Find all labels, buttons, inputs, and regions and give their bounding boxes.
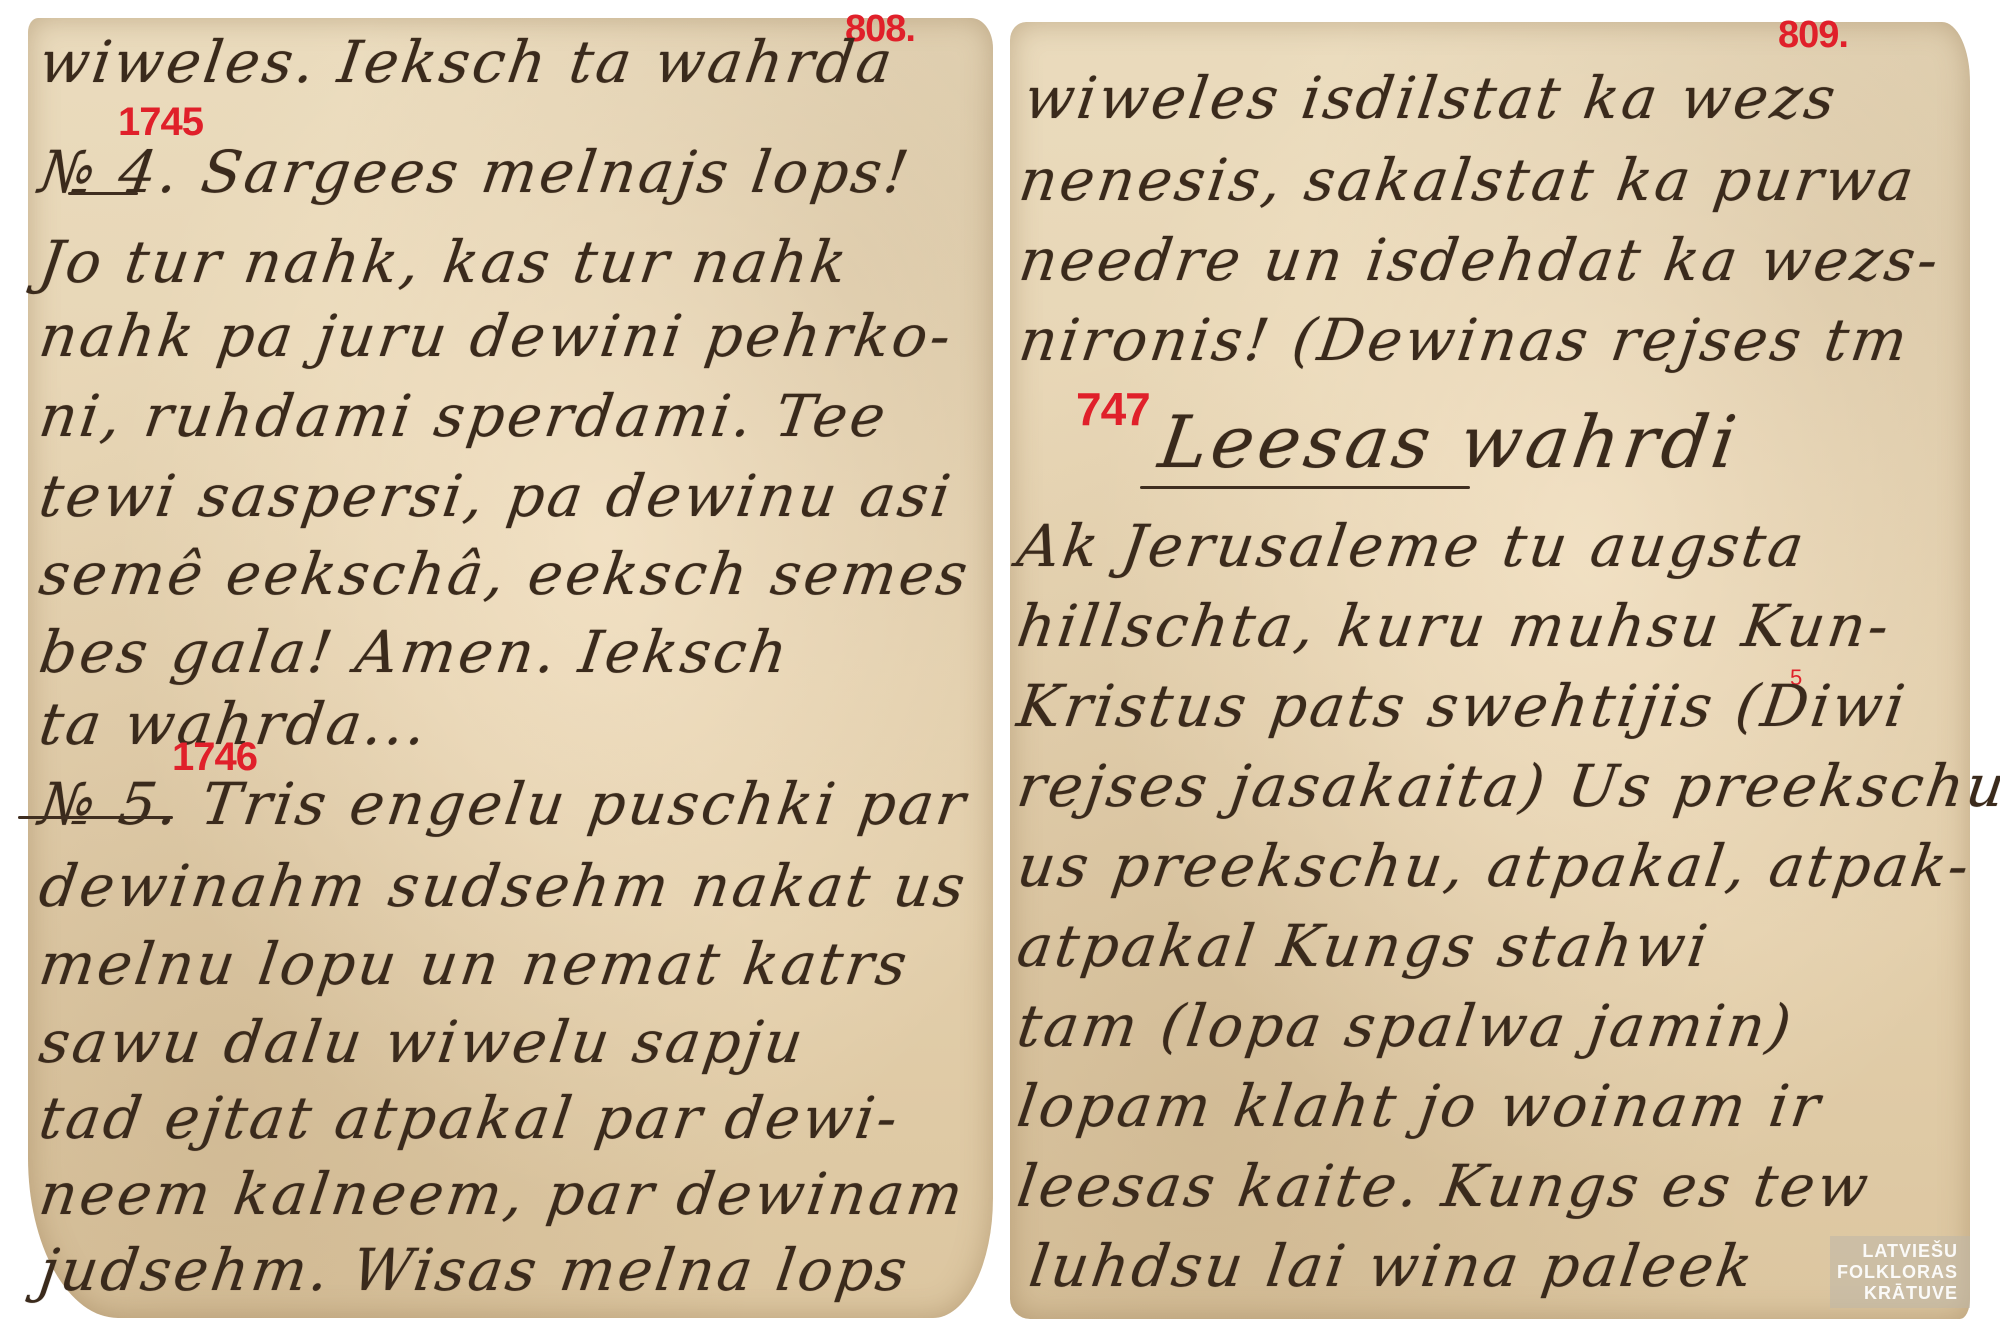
text-line-entry-5: № 5. Tris engelu puschki par [35,770,972,838]
text-line: leesas kaite. Kungs es tew [1013,1152,1875,1220]
text-line: nironis! (Dewinas rejses tm [1015,306,1914,374]
text-line: lopam klaht jo woinam ir [1013,1072,1827,1140]
text-line: hillschta, kuru muhsu Kun- [1013,592,1896,660]
text-line: atpakal Kungs stahwi [1013,912,1714,980]
archival-number-747: 747 [1076,382,1150,436]
text-line: nenesis, sakalstat ka purwa [1015,146,1920,214]
text-line: judsehm. Wisas melna lops [35,1236,914,1304]
text-line: tewi saspersi, pa dewinu asi [35,462,957,530]
text-line: needre un isdehdat ka wezs- [1015,226,1945,294]
text-line: dewinahm sudsehm nakat us [35,852,972,920]
text-line-entry-4: № 4. Sargees melnajs lops! [35,138,915,206]
archive-watermark-logo: LATVIEŠU FOLKLORAS KRĀTUVE [1830,1236,1970,1308]
text-line: bes gala! Amen. Ieksch [35,618,794,686]
text-line: wiweles. Ieksch ta wahrda [35,28,899,96]
title-underline [1140,486,1470,489]
entry-underline [68,192,138,195]
page-number-right: 809. [1778,14,1848,57]
section-title: Leesas wahrdi [1154,400,1745,484]
text-line: tam (lopa spalwa jamin) [1013,992,1798,1060]
text-line: us preekschu, atpakal, atpak- [1013,832,1976,900]
text-line: luhdsu lai wina paleek [1025,1232,1759,1300]
text-line: neem kalneem, par dewinam [35,1160,970,1228]
text-line: sawu dalu wiwelu sapju [35,1008,810,1076]
text-line: melnu lopu un nemat katrs [35,930,914,998]
text-line: Ak Jerusaleme tu augsta [1013,512,1810,580]
text-line: rejses jasakaita) Us preekschu [1013,752,2000,820]
watermark-line: LATVIEŠU [1862,1241,1958,1262]
text-line: Kristus pats swehtijis (Diwi [1013,672,1912,740]
entry-underline [18,816,173,819]
text-line: tad ejtat atpakal par dewi- [35,1084,904,1152]
watermark-line: FOLKLORAS [1837,1262,1958,1283]
text-line: semê eekschâ, eeksch semes [35,540,974,608]
text-line: Jo tur nahk, kas tur nahk [35,228,853,296]
watermark-line: KRĀTUVE [1864,1283,1958,1304]
text-line: wiweles isdilstat ka wezs [1020,64,1842,132]
text-line: nahk pa juru dewini pehrko- [35,302,958,370]
text-line: ni, ruhdami sperdami. Tee [35,382,892,450]
